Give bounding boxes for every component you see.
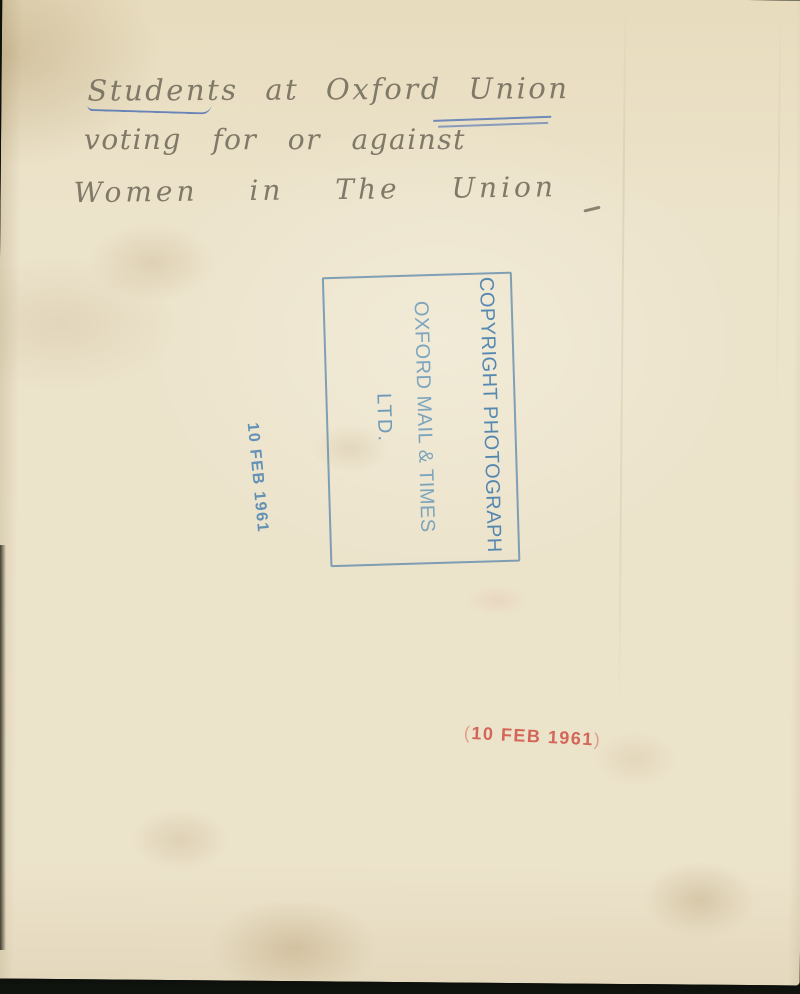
date-stamp-red: (10 FEB 1961)	[463, 723, 601, 751]
handwriting-line-1: Students at Oxford Union	[87, 71, 569, 108]
stamp-line-copyright: COPYRIGHT PHOTOGRAPH	[474, 274, 505, 556]
stamp-line-oxford-mail: OXFORD MAIL & TIMES	[408, 276, 439, 558]
paper-crease-1	[618, 0, 626, 719]
copyright-stamp-text-block: COPYRIGHT PHOTOGRAPH OXFORD MAIL & TIMES…	[324, 274, 513, 560]
handwriting-line-3: Women in The Union	[73, 170, 557, 209]
pencil-dash	[583, 206, 600, 212]
date-stamp-red-text: 10 FEB 1961	[471, 723, 594, 749]
paper-crease-2	[776, 0, 782, 420]
date-stamp-red-right-bracket: )	[593, 729, 602, 749]
date-stamp-blue: 10 FEB 1961	[243, 422, 272, 534]
date-stamp-red-left-bracket: (	[463, 723, 472, 743]
photo-back-paper: Students at Oxford Union voting for or a…	[0, 0, 800, 985]
scanned-photo-back: Students at Oxford Union voting for or a…	[0, 0, 800, 994]
copyright-stamp: COPYRIGHT PHOTOGRAPH OXFORD MAIL & TIMES…	[322, 272, 521, 568]
scan-edge-left	[0, 545, 6, 950]
underline-union-1	[433, 116, 551, 122]
handwriting-line-2: voting for or against	[84, 123, 466, 156]
stamp-line-ltd: LTD.	[368, 277, 399, 559]
